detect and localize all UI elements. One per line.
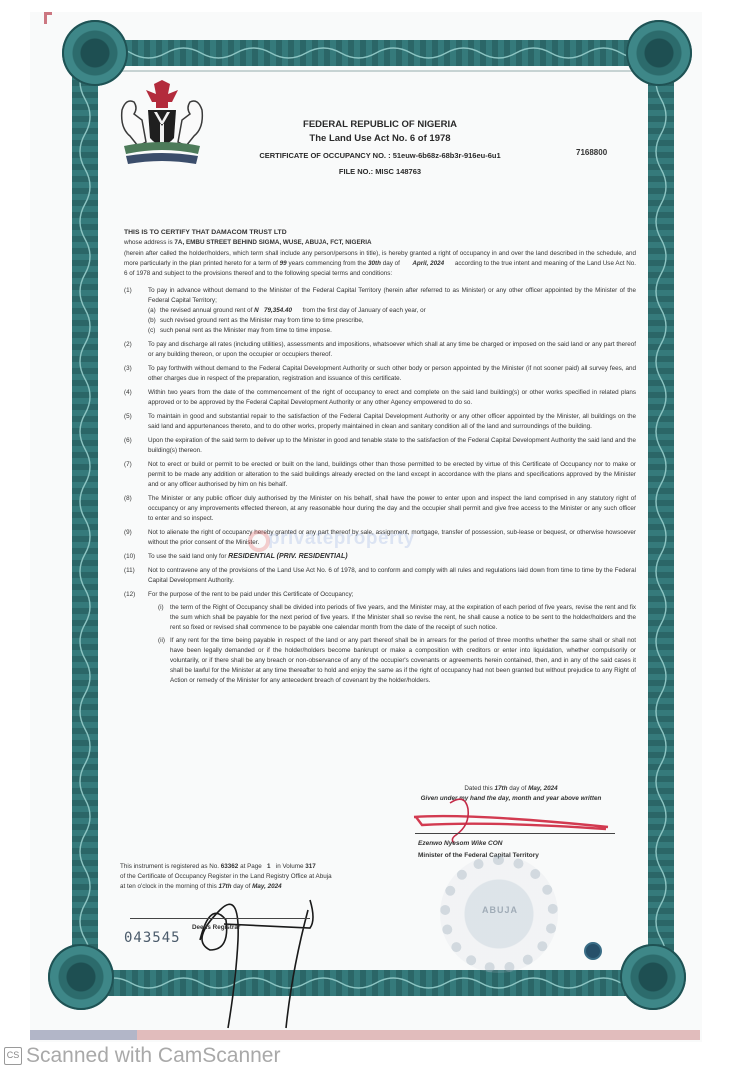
signed-month-year: May, 2024 xyxy=(528,785,558,792)
rent-condition: (i)the term of the Right of Occupancy sh… xyxy=(158,603,636,633)
scanned-page: FEDERAL REPUBLIC OF NIGERIA The Land Use… xyxy=(0,0,744,1080)
start-month-year: April, 2024 xyxy=(412,260,444,267)
certify-line: THIS IS TO CERTIFY THAT DAMACOM TRUST LT… xyxy=(124,227,636,238)
act-title: The Land Use Act No. 6 of 1978 xyxy=(120,132,640,146)
condition-item: (4)Within two years from the date of the… xyxy=(124,388,636,408)
rent-item: (c)such penal rent as the Minister may f… xyxy=(148,326,636,336)
land-use-purpose: RESIDENTIAL (PRIV. RESIDENTIAL) xyxy=(228,553,347,560)
rosette-ornament-icon xyxy=(626,20,692,86)
condition-item: (1)To pay in advance without demand to t… xyxy=(124,286,636,336)
condition-item: (3)To pay forthwith without demand to th… xyxy=(124,364,636,384)
condition-item: (12)For the purpose of the rent to be pa… xyxy=(124,590,636,686)
certificate-header: FEDERAL REPUBLIC OF NIGERIA The Land Use… xyxy=(120,118,640,178)
scan-corner-mark xyxy=(44,12,52,24)
frame-border-top xyxy=(96,40,656,66)
registrar-signature xyxy=(180,880,320,1030)
frame-inner-rule xyxy=(100,70,646,72)
camscanner-logo-icon: CS xyxy=(4,1047,22,1065)
reference-number: 7168800 xyxy=(576,148,607,157)
certificate-number: CERTIFICATE OF OCCUPANCY NO. : 51euw-6b6… xyxy=(120,149,640,162)
ground-rent-amount: 79,354.40 xyxy=(264,307,292,314)
camscanner-text: Scanned with CamScanner xyxy=(26,1044,280,1068)
conditions-list: (1)To pay in advance without demand to t… xyxy=(124,286,636,686)
rosette-ornament-icon xyxy=(620,944,686,1010)
scan-edge-strip xyxy=(30,1030,700,1040)
condition-item: (10)To use the said land only for RESIDE… xyxy=(124,552,636,562)
start-day: 30th xyxy=(368,260,381,267)
frame-border-right xyxy=(648,64,674,974)
term-years: 99 xyxy=(280,260,287,267)
camscanner-footer: CS Scanned with CamScanner xyxy=(4,1044,280,1068)
holder-name: DAMACOM TRUST LTD xyxy=(211,229,286,236)
condition-item: (11)Not to contravene any of the provisi… xyxy=(124,566,636,586)
rent-condition: (ii)If any rent for the time being payab… xyxy=(158,636,636,686)
preamble: (herein after called the holder/holders,… xyxy=(124,249,636,279)
registration-number: 63362 xyxy=(221,863,239,870)
condition-item: (2)To pay and discharge all rates (inclu… xyxy=(124,340,636,360)
frame-border-left xyxy=(72,64,98,974)
register-volume: 317 xyxy=(305,863,316,870)
seal-text: ABUJA xyxy=(470,905,530,915)
holder-address: 7A, EMBU STREET BEHIND SIGMA, WUSE, ABUJ… xyxy=(174,239,371,246)
condition-item: (5)To maintain in good and substantial r… xyxy=(124,412,636,432)
watermark-logo-icon xyxy=(248,530,270,552)
signed-day: 17th xyxy=(494,785,507,792)
condition-item: (7)Not to erect or build or permit to be… xyxy=(124,460,636,490)
rent-item: (a)the revised annual ground rent of N 7… xyxy=(148,306,636,316)
rent-item: (b)such revised ground rent as the Minis… xyxy=(148,316,636,326)
country-title: FEDERAL REPUBLIC OF NIGERIA xyxy=(120,118,640,132)
minister-signature-line xyxy=(415,833,615,834)
address-line: whose address is 7A, EMBU STREET BEHIND … xyxy=(124,238,636,248)
rosette-ornament-icon xyxy=(62,20,128,86)
certificate-body: THIS IS TO CERTIFY THAT DAMACOM TRUST LT… xyxy=(124,227,636,690)
registrar-title: Deeds Registrar xyxy=(192,924,240,931)
rosette-ornament-icon xyxy=(48,944,114,1010)
small-stamp-icon xyxy=(584,942,602,960)
condition-item: (8)The Minister or any public officer du… xyxy=(124,494,636,524)
registrar-signature-line xyxy=(130,918,310,919)
watermark: privateproperty xyxy=(268,528,415,550)
condition-item: (6)Upon the expiration of the said term … xyxy=(124,436,636,456)
serial-number: 043545 xyxy=(124,930,181,946)
file-number: FILE NO.: MISC 148763 xyxy=(120,165,640,178)
signatory-name: Ezenwo Nyesom Wike CON xyxy=(418,838,539,850)
register-page: 1 xyxy=(267,863,271,870)
